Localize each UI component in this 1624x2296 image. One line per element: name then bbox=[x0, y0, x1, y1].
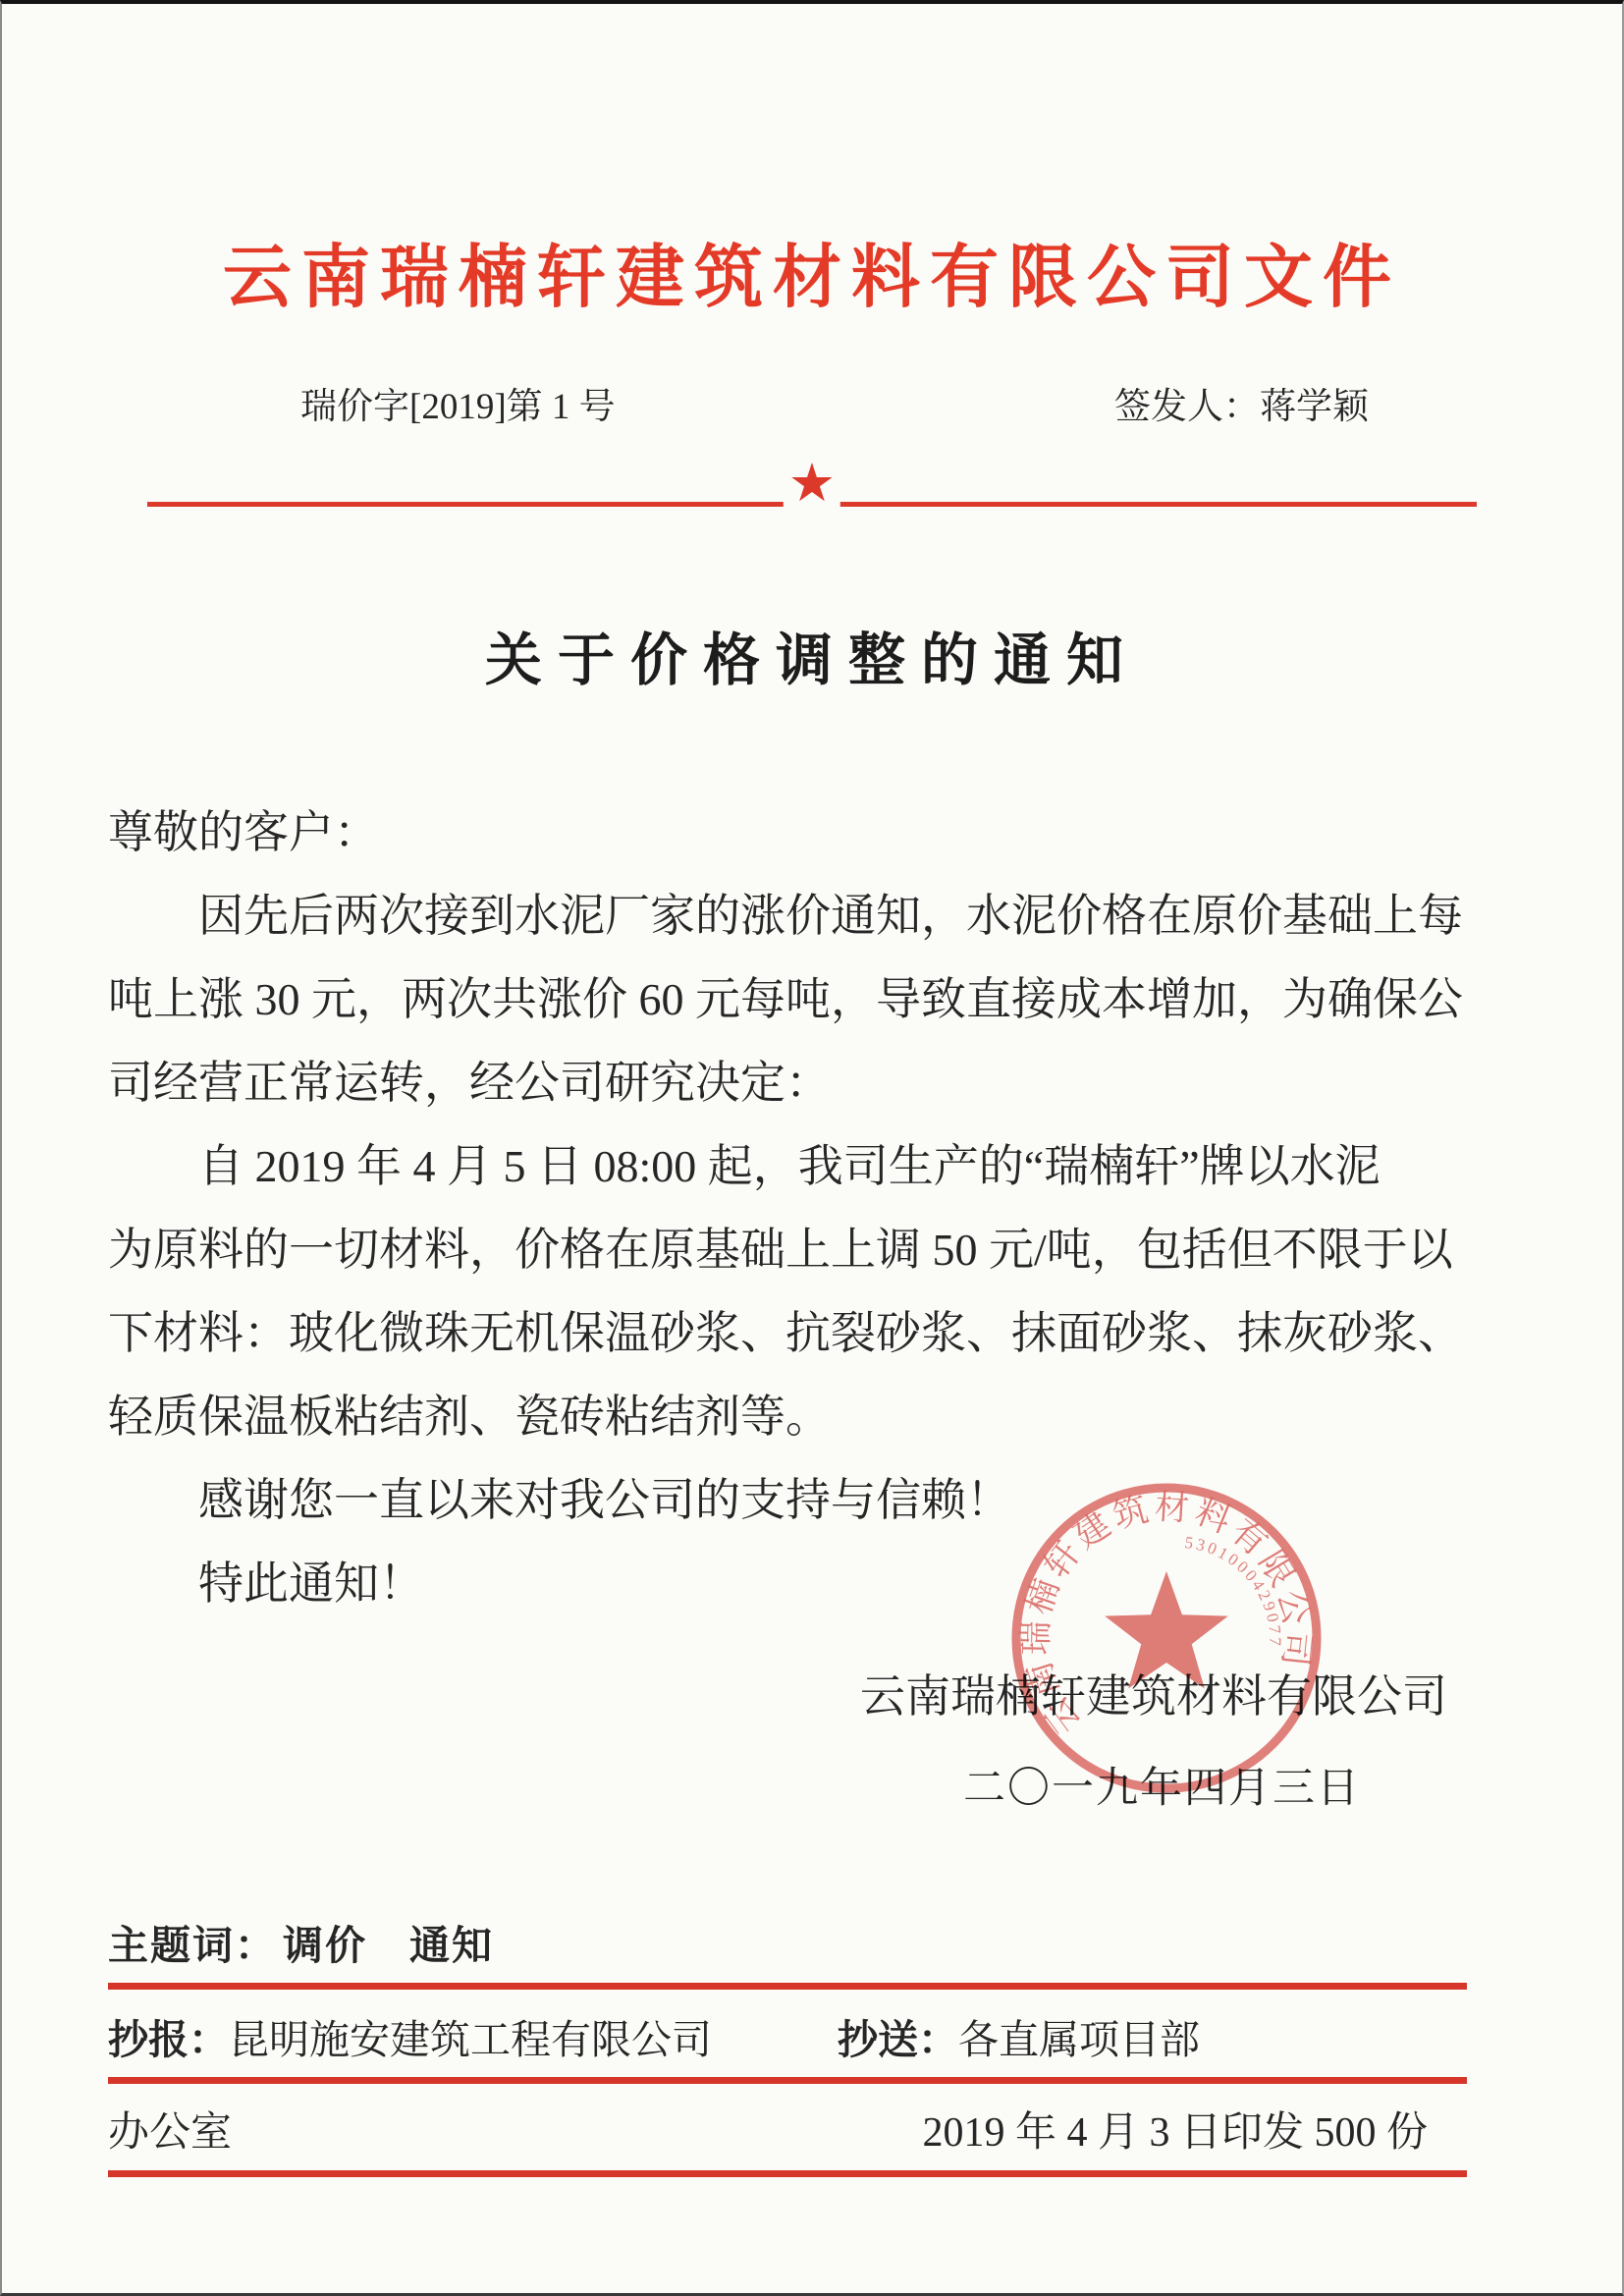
office-label: 办公室 bbox=[108, 2100, 232, 2159]
doc-number: 瑞价字[2019]第 1 号 bbox=[300, 376, 616, 429]
print-row: 办公室 2019 年 4 月 3 日印发 500 份 bbox=[108, 2100, 1516, 2159]
copy-report-value: 昆明施安建筑工程有限公司 bbox=[229, 2017, 712, 2062]
notice-title: 关于价格调整的通知 bbox=[108, 614, 1516, 696]
signature-date: 二〇一九年四月三日 bbox=[108, 1755, 1516, 1815]
body-line: 轻质保温板粘结剂、瓷砖粘结剂等。 bbox=[108, 1375, 1516, 1458]
body-line: 因先后两次接到水泥厂家的涨价通知，水泥价格在原价基础上每 bbox=[108, 874, 1516, 957]
copy-report-group: 抄报：昆明施安建筑工程有限公司 bbox=[108, 2007, 712, 2065]
signature-company: 云南瑞楠轩建筑材料有限公司 bbox=[108, 1661, 1516, 1725]
document-page: 云南瑞楠轩建筑材料有限公司文件 瑞价字[2019]第 1 号 签发人：蒋学颖 ★… bbox=[0, 0, 1624, 2296]
copy-send-label: 抄送： bbox=[838, 2017, 958, 2062]
company-letterhead-title: 云南瑞楠轩建筑材料有限公司文件 bbox=[108, 222, 1516, 321]
body-line: 感谢您一直以来对我公司的支持与信赖！ bbox=[108, 1458, 1516, 1542]
keywords-label: 主题词： bbox=[108, 1923, 277, 1968]
body-line: 尊敬的客户： bbox=[108, 791, 1516, 874]
body-line: 吨上涨 30 元，两次共涨价 60 元每吨，导致直接成本增加，为确保公 bbox=[108, 957, 1516, 1041]
header-divider: ★ bbox=[108, 502, 1516, 508]
body-line: 下材料：玻化微珠无机保温砂浆、抗裂砂浆、抹面砂浆、抹灰砂浆、 bbox=[108, 1291, 1516, 1375]
body-line: 司经营正常运转，经公司研究决定： bbox=[108, 1041, 1516, 1124]
print-info: 2019 年 4 月 3 日印发 500 份 bbox=[922, 2100, 1428, 2159]
footer: 主题词：调价 通知 抄报：昆明施安建筑工程有限公司 抄送：各直属项目部 办公室 … bbox=[108, 1913, 1516, 2177]
keywords-row: 主题词：调价 通知 bbox=[108, 1913, 1516, 1971]
issuer: 签发人：蒋学颖 bbox=[1114, 376, 1369, 429]
notice-body: 尊敬的客户： 因先后两次接到水泥厂家的涨价通知，水泥价格在原价基础上每吨上涨 3… bbox=[108, 791, 1516, 1625]
copy-report-label: 抄报： bbox=[108, 2017, 229, 2062]
footer-divider-2 bbox=[108, 2077, 1467, 2084]
footer-divider-3 bbox=[108, 2170, 1467, 2177]
doc-meta-row: 瑞价字[2019]第 1 号 签发人：蒋学颖 bbox=[108, 376, 1516, 429]
copy-send-value: 各直属项目部 bbox=[958, 2017, 1200, 2062]
body-line: 为原料的一切材料，价格在原基础上上调 50 元/吨，包括但不限于以 bbox=[108, 1208, 1516, 1291]
body-line: 特此通知！ bbox=[108, 1542, 1516, 1625]
keywords-value: 调价 通知 bbox=[283, 1923, 494, 1968]
copy-row: 抄报：昆明施安建筑工程有限公司 抄送：各直属项目部 bbox=[108, 2007, 1516, 2065]
footer-divider-1 bbox=[108, 1983, 1467, 1990]
body-line: 自 2019 年 4 月 5 日 08:00 起，我司生产的“瑞楠轩”牌以水泥 bbox=[108, 1124, 1516, 1208]
star-icon: ★ bbox=[784, 457, 840, 510]
copy-send-group: 抄送：各直属项目部 bbox=[838, 2007, 1200, 2065]
